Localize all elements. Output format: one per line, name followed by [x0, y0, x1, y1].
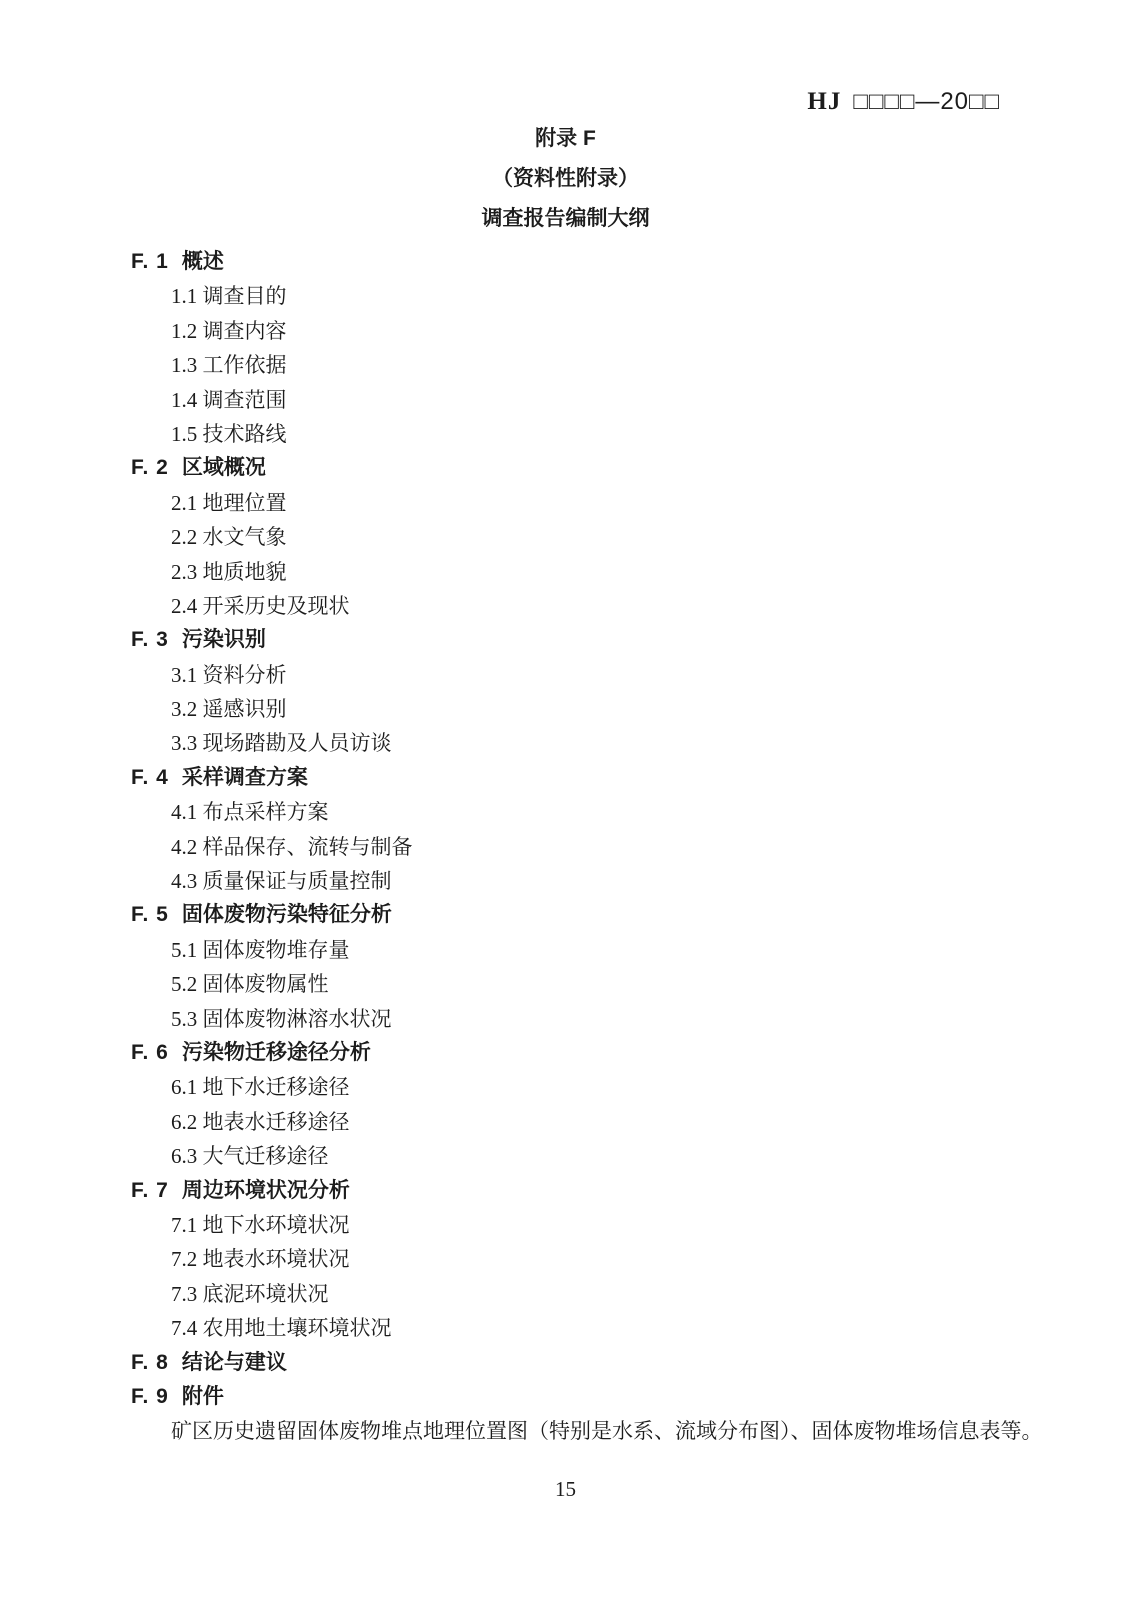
section-title: 污染物迁移途径分析: [182, 1041, 371, 1064]
outline-item: 6.2 地表水迁移途径: [0, 1105, 1131, 1139]
outline-item: 3.2 遥感识别: [0, 692, 1131, 726]
outline-item: 5.1 固体废物堆存量: [0, 933, 1131, 967]
outline-item: 7.2 地表水环境状况: [0, 1242, 1131, 1276]
section-heading: F. 6污染物迁移途径分析: [0, 1036, 1131, 1070]
standard-code-prefix: HJ: [807, 88, 841, 115]
outline-item: 3.3 现场踏勘及人员访谈: [0, 726, 1131, 760]
outline-item: 2.2 水文气象: [0, 520, 1131, 554]
section-label: F. 9: [131, 1385, 169, 1408]
section-heading: F. 1概述: [0, 245, 1131, 279]
section-label: F. 5: [131, 903, 169, 926]
standard-code-number: □□□□—20□□: [853, 88, 1000, 115]
outline-item: 2.3 地质地貌: [0, 555, 1131, 589]
outline-item: 1.5 技术路线: [0, 417, 1131, 451]
section-title: 周边环境状况分析: [182, 1179, 350, 1202]
section-heading: F. 2区域概况: [0, 451, 1131, 485]
outline-item: 5.3 固体废物淋溶水状况: [0, 1002, 1131, 1036]
section-title: 采样调查方案: [182, 766, 308, 789]
outline-item: 6.3 大气迁移途径: [0, 1139, 1131, 1173]
report-outline: F. 1概述1.1 调查目的1.2 调查内容1.3 工作依据1.4 调查范围1.…: [0, 245, 1131, 1414]
document-title: 调查报告编制大纲: [0, 199, 1131, 239]
outline-item: 1.4 调查范围: [0, 383, 1131, 417]
outline-item: 1.1 调查目的: [0, 279, 1131, 313]
appendix-type: （资料性附录）: [0, 159, 1131, 199]
section-heading: F. 5固体废物污染特征分析: [0, 898, 1131, 932]
section-title: 区域概况: [182, 456, 266, 479]
outline-item: 7.3 底泥环境状况: [0, 1277, 1131, 1311]
section-label: F. 8: [131, 1351, 169, 1374]
outline-item: 5.2 固体废物属性: [0, 967, 1131, 1001]
section-heading: F. 9附件: [0, 1380, 1131, 1414]
section-title: 附件: [182, 1385, 224, 1408]
section-label: F. 3: [131, 628, 169, 651]
section-title: 固体废物污染特征分析: [182, 903, 392, 926]
outline-item: 6.1 地下水迁移途径: [0, 1070, 1131, 1104]
outline-item: 4.1 布点采样方案: [0, 795, 1131, 829]
section-label: F. 7: [131, 1179, 169, 1202]
section-heading: F. 4采样调查方案: [0, 761, 1131, 795]
closing-paragraph: 矿区历史遗留固体废物堆点地理位置图（特别是水系、流域分布图）、固体废物堆场信息表…: [0, 1414, 1131, 1448]
section-title: 结论与建议: [182, 1351, 287, 1374]
outline-item: 2.4 开采历史及现状: [0, 589, 1131, 623]
page-header: HJ□□□□—20□□: [0, 0, 1131, 119]
section-title: 概述: [182, 250, 224, 273]
title-block: 附录 F （资料性附录） 调查报告编制大纲: [0, 119, 1131, 239]
section-title: 污染识别: [182, 628, 266, 651]
outline-item: 1.2 调查内容: [0, 314, 1131, 348]
outline-item: 4.2 样品保存、流转与制备: [0, 830, 1131, 864]
outline-item: 3.1 资料分析: [0, 658, 1131, 692]
section-heading: F. 3污染识别: [0, 623, 1131, 657]
outline-item: 1.3 工作依据: [0, 348, 1131, 382]
section-heading: F. 8结论与建议: [0, 1346, 1131, 1380]
section-label: F. 4: [131, 766, 169, 789]
section-label: F. 6: [131, 1041, 169, 1064]
appendix-label: 附录 F: [0, 119, 1131, 159]
outline-item: 4.3 质量保证与质量控制: [0, 864, 1131, 898]
section-label: F. 1: [131, 250, 169, 273]
section-label: F. 2: [131, 456, 169, 479]
outline-item: 7.1 地下水环境状况: [0, 1208, 1131, 1242]
outline-item: 2.1 地理位置: [0, 486, 1131, 520]
page-number: 15: [0, 1477, 1131, 1502]
document-page: HJ□□□□—20□□ 附录 F （资料性附录） 调查报告编制大纲 F. 1概述…: [0, 0, 1131, 1600]
outline-item: 7.4 农用地土壤环境状况: [0, 1311, 1131, 1345]
section-heading: F. 7周边环境状况分析: [0, 1174, 1131, 1208]
